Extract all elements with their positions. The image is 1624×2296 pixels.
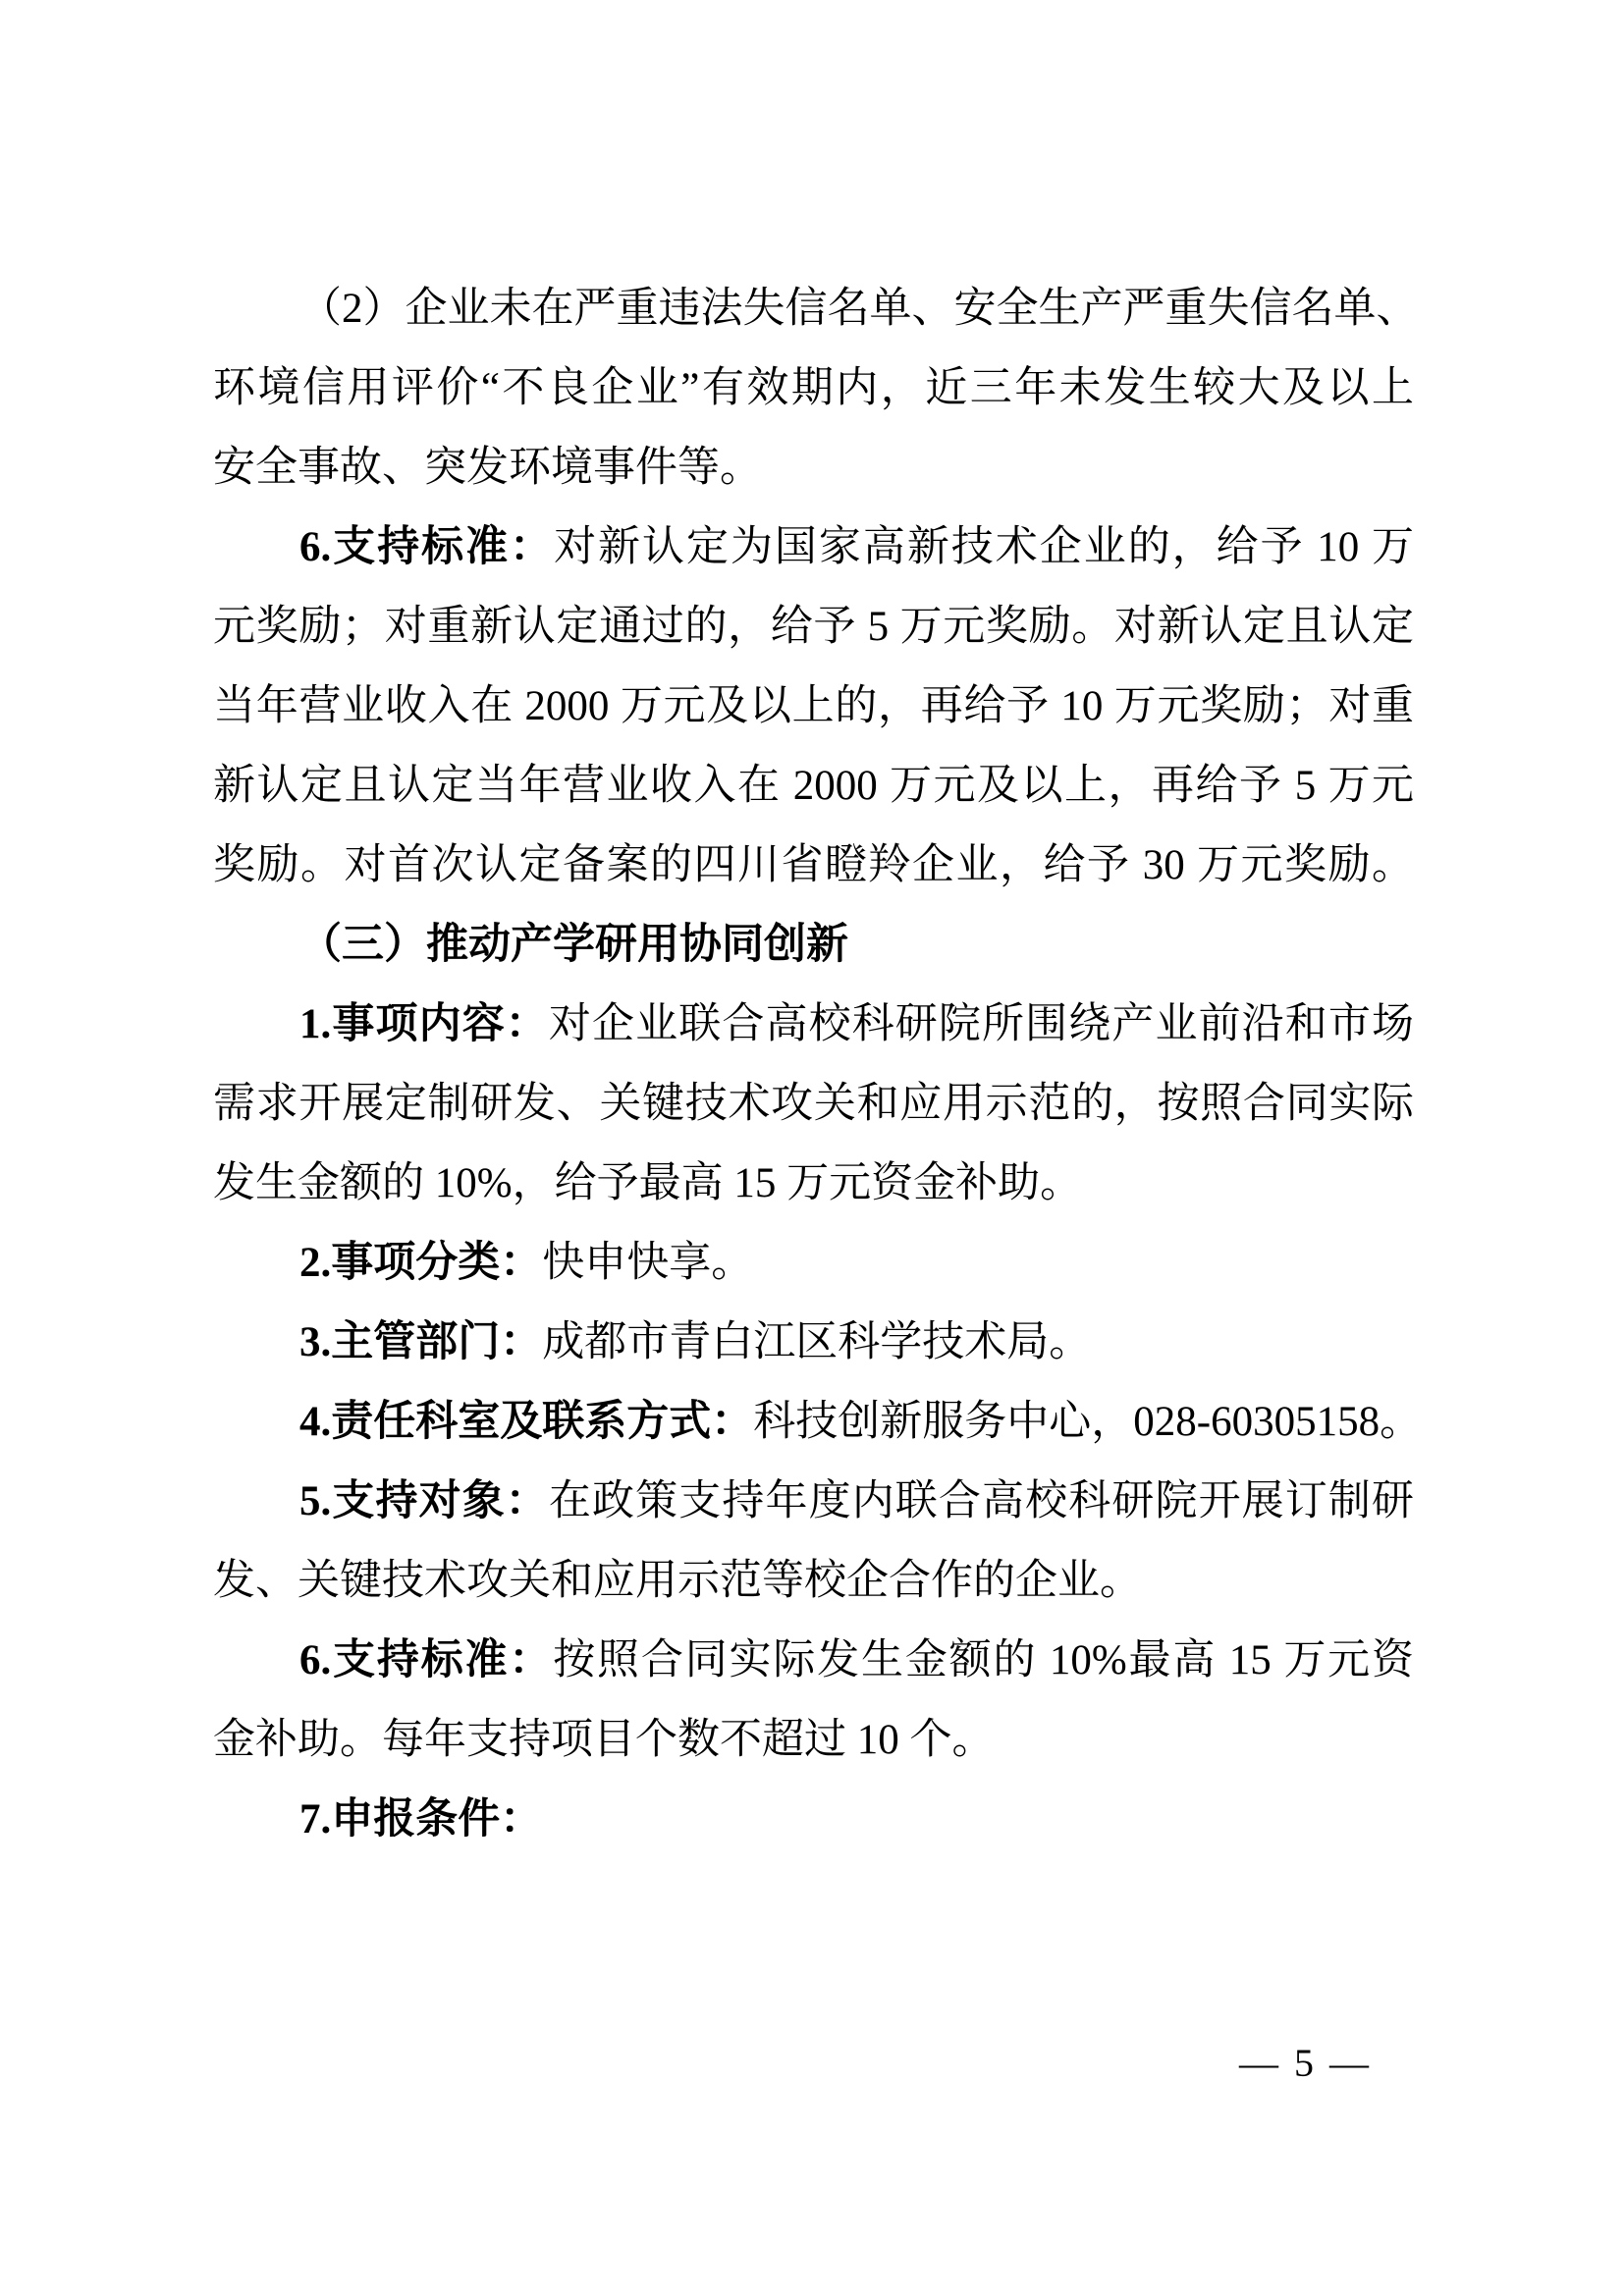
line-text: 科技创新服务中心，028-60305158。	[753, 1399, 1422, 1445]
line-text: （2）企业未在严重违法失信名单、安全生产严重失信名单、	[299, 286, 1419, 332]
line-text: （三）推动产学研用协同创新	[299, 922, 848, 968]
text-line: 环境信用评价“不良企业”有效期内，近三年未发生较大及以上	[213, 348, 1414, 428]
item-label: 6.支持标准：	[299, 1637, 553, 1683]
line-text: 在政策支持年度内联合高校科研院开展订制研	[549, 1478, 1414, 1524]
item-label: 1.事项内容：	[299, 1001, 549, 1047]
text-line: （2）企业未在严重违法失信名单、安全生产严重失信名单、	[213, 269, 1414, 348]
text-line: 3.主管部门：成都市青白江区科学技术局。	[213, 1303, 1414, 1382]
text-line: 4.责任科室及联系方式：科技创新服务中心，028-60305158。	[213, 1382, 1414, 1462]
line-text: 金补助。每年支持项目个数不超过 10 个。	[213, 1717, 995, 1763]
line-text: 成都市青白江区科学技术局。	[542, 1319, 1091, 1365]
text-line: 6.支持标准：对新认定为国家高新技术企业的，给予 10 万	[213, 507, 1414, 587]
section-heading: （三）推动产学研用协同创新	[213, 905, 1414, 985]
line-text: 需求开展定制研发、关键技术攻关和应用示范的，按照合同实际	[213, 1081, 1414, 1127]
line-text: 新认定且认定当年营业收入在 2000 万元及以上，再给予 5 万元	[213, 763, 1414, 809]
line-text: 安全事故、突发环境事件等。	[213, 445, 762, 491]
line-text: 奖励。对首次认定备案的四川省瞪羚企业，给予 30 万元奖励。	[213, 842, 1414, 888]
text-line: 新认定且认定当年营业收入在 2000 万元及以上，再给予 5 万元	[213, 746, 1414, 826]
text-line: 7.申报条件：	[213, 1780, 1414, 1859]
document-page: （2）企业未在严重违法失信名单、安全生产严重失信名单、环境信用评价“不良企业”有…	[0, 0, 1624, 2296]
text-line: 金补助。每年支持项目个数不超过 10 个。	[213, 1700, 1414, 1780]
line-text: 环境信用评价“不良企业”有效期内，近三年未发生较大及以上	[213, 365, 1414, 411]
text-line: 6.支持标准：按照合同实际发生金额的 10%最高 15 万元资	[213, 1621, 1414, 1700]
text-line: 元奖励；对重新认定通过的，给予 5 万元奖励。对新认定且认定	[213, 587, 1414, 667]
line-text: 当年营业收入在 2000 万元及以上的，再给予 10 万元奖励；对重	[213, 683, 1414, 729]
line-text: 发生金额的 10%，给予最高 15 万元资金补助。	[213, 1160, 1082, 1206]
page-number: — 5 —	[1239, 2040, 1372, 2087]
item-label: 3.主管部门：	[299, 1319, 542, 1365]
line-text: 元奖励；对重新认定通过的，给予 5 万元奖励。对新认定且认定	[213, 604, 1414, 650]
text-line: 安全事故、突发环境事件等。	[213, 428, 1414, 507]
line-text: 对新认定为国家高新技术企业的，给予 10 万	[554, 524, 1414, 570]
line-text: 发、关键技术攻关和应用示范等校企合作的企业。	[213, 1558, 1142, 1604]
text-line: 发生金额的 10%，给予最高 15 万元资金补助。	[213, 1144, 1414, 1223]
line-text: 对企业联合高校科研院所围绕产业前沿和市场	[549, 1001, 1414, 1047]
item-label: 6.支持标准：	[299, 524, 554, 570]
item-label: 5.支持对象：	[299, 1478, 549, 1524]
line-text: 快申快享。	[542, 1240, 753, 1286]
text-line: 需求开展定制研发、关键技术攻关和应用示范的，按照合同实际	[213, 1064, 1414, 1144]
item-label: 2.事项分类：	[299, 1240, 542, 1286]
text-line: 奖励。对首次认定备案的四川省瞪羚企业，给予 30 万元奖励。	[213, 826, 1414, 905]
text-line: 发、关键技术攻关和应用示范等校企合作的企业。	[213, 1541, 1414, 1621]
text-line: 1.事项内容：对企业联合高校科研院所围绕产业前沿和市场	[213, 985, 1414, 1064]
document-body: （2）企业未在严重违法失信名单、安全生产严重失信名单、环境信用评价“不良企业”有…	[213, 269, 1414, 1859]
item-label: 4.责任科室及联系方式：	[299, 1399, 753, 1445]
text-line: 5.支持对象：在政策支持年度内联合高校科研院开展订制研	[213, 1462, 1414, 1541]
line-text: 按照合同实际发生金额的 10%最高 15 万元资	[553, 1637, 1414, 1683]
item-label: 7.申报条件：	[299, 1796, 542, 1842]
text-line: 2.事项分类：快申快享。	[213, 1223, 1414, 1303]
text-line: 当年营业收入在 2000 万元及以上的，再给予 10 万元奖励；对重	[213, 667, 1414, 746]
